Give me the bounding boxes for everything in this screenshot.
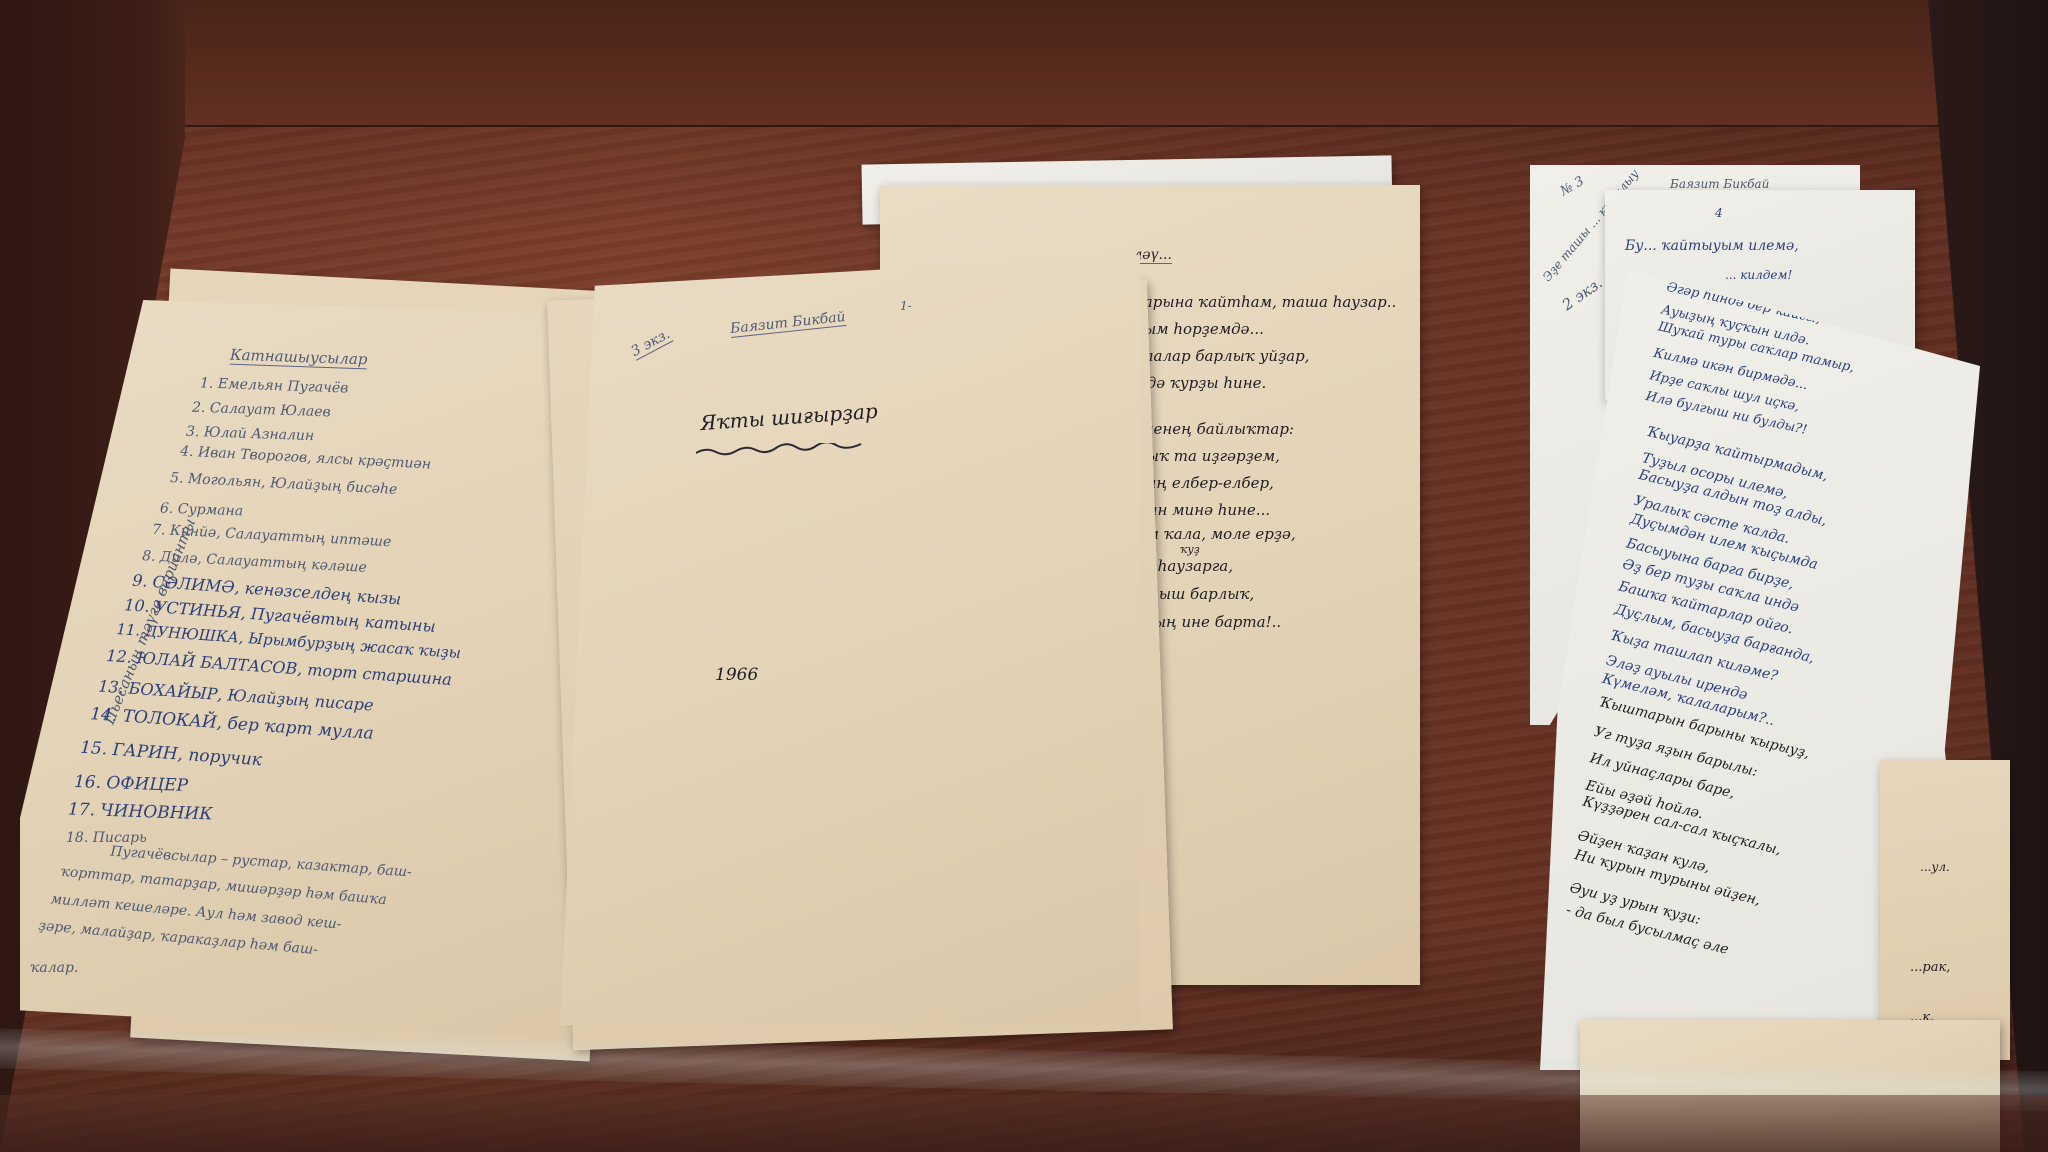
number-mark: № 3	[1558, 174, 1587, 199]
poem-insertion: ҡуҙ	[1180, 543, 1200, 556]
page-number: 4	[1715, 206, 1723, 220]
top-line: Бу... ҡайтыуым илемә,	[1625, 238, 1799, 254]
collection-title: Яҡты шиғырҙар	[699, 399, 878, 435]
footnote-line: ҡалар.	[30, 960, 78, 976]
poem-line: ...дарына ҡайтһам, таша һаузар..	[1120, 293, 1396, 311]
center-title-page: 1- 3 экз. Баязит Бикбай Яҡты шиғырҙар 19…	[560, 255, 1140, 1025]
display-case-scene: Пьесаның тәүге варианты Катнашыусылар 1.…	[0, 0, 2048, 1152]
fragment-text: ...рак,	[1910, 960, 1950, 975]
right-under-fragment: ...ул. ...рак, ...к.	[1880, 760, 2010, 1060]
top-line: ... килдем!	[1725, 268, 1792, 282]
copy-mark: 2 экз.	[1559, 274, 1606, 314]
fragment-text: ...ул.	[1920, 860, 1950, 874]
case-back-wall	[0, 0, 2048, 127]
title-wavy-underline	[696, 443, 866, 457]
glass-front-reflection	[0, 1095, 2048, 1152]
year: 1966	[715, 665, 758, 685]
page-mark: 1-	[900, 299, 912, 313]
copy-mark: 3 экз.	[628, 326, 673, 361]
author-name: Баязит Бикбай	[729, 309, 846, 338]
